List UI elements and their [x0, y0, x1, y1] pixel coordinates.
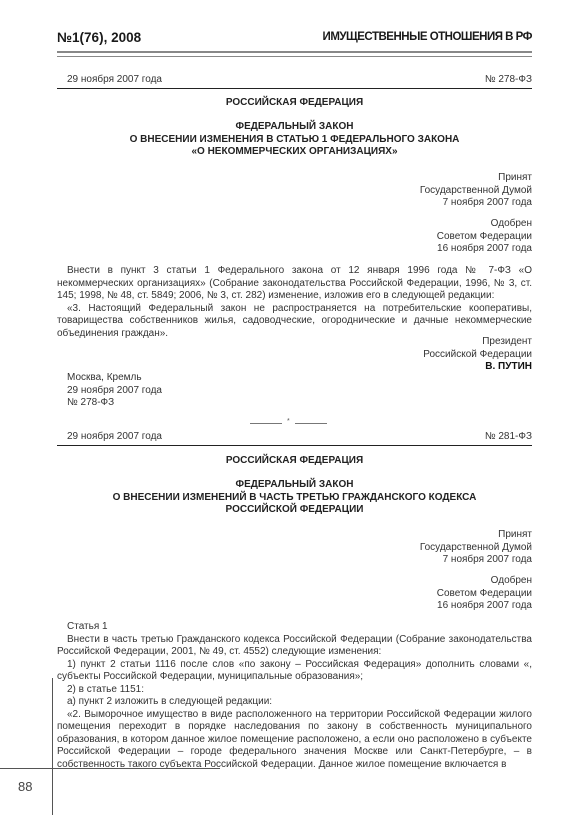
law1-body: Внести в пункт 3 статьи 1 Федерального з… — [57, 265, 532, 340]
approved-line: Одобрен — [437, 575, 532, 588]
paragraph: а) пункт 2 изложить в следующей редакции… — [57, 696, 532, 709]
law1-number: № 278-ФЗ — [485, 74, 532, 85]
place-line: № 278-ФЗ — [67, 397, 162, 410]
law1-place-block: Москва, Кремль 29 ноября 2007 года № 278… — [67, 372, 162, 410]
law2-body: Статья 1 Внести в часть третью Гражданск… — [57, 621, 532, 771]
adopted-line: Принят — [420, 529, 532, 542]
adopted-line: 7 ноября 2007 года — [420, 197, 532, 210]
paragraph: Внести в часть третью Гражданского кодек… — [57, 634, 532, 659]
law2-country: РОССИЙСКАЯ ФЕДЕРАЦИЯ — [57, 455, 532, 468]
law2-title-line: ФЕДЕРАЛЬНЫЙ ЗАКОН — [57, 479, 532, 492]
place-line: Москва, Кремль — [67, 372, 162, 385]
separator-line — [250, 423, 282, 424]
separator-line — [295, 423, 327, 424]
law1-country: РОССИЙСКАЯ ФЕДЕРАЦИЯ — [57, 97, 532, 110]
footer-horizontal-rule — [0, 768, 220, 769]
section-separator: * — [250, 421, 330, 427]
law1-title-line: «О НЕКОММЕРЧЕСКИХ ОРГАНИЗАЦИЯХ» — [57, 146, 532, 159]
adopted-line: Принят — [420, 172, 532, 185]
law2-date-row: 29 ноября 2007 года № 281-ФЗ — [57, 431, 532, 446]
law1-date: 29 ноября 2007 года — [67, 74, 162, 85]
issue-number: №1(76), 2008 — [57, 30, 141, 45]
article-heading: Статья 1 — [57, 621, 532, 634]
law2-title: ФЕДЕРАЛЬНЫЙ ЗАКОН О ВНЕСЕНИИ ИЗМЕНЕНИЙ В… — [57, 479, 532, 517]
running-header: №1(76), 2008 ИМУЩЕСТВЕННЫЕ ОТНОШЕНИЯ В Р… — [57, 30, 532, 50]
journal-title: ИМУЩЕСТВЕННЫЕ ОТНОШЕНИЯ В РФ — [323, 31, 532, 43]
law1-adopted: Принят Государственной Думой 7 ноября 20… — [420, 172, 532, 210]
signature-position: Президент — [423, 336, 532, 349]
approved-line: Советом Федерации — [437, 588, 532, 601]
page-number: 88 — [18, 779, 32, 794]
law1-approved: Одобрен Советом Федерации 16 ноября 2007… — [437, 218, 532, 256]
law2-date: 29 ноября 2007 года — [67, 431, 162, 442]
approved-line: 16 ноября 2007 года — [437, 600, 532, 613]
law2-title-line: О ВНЕСЕНИИ ИЗМЕНЕНИЙ В ЧАСТЬ ТРЕТЬЮ ГРАЖ… — [57, 492, 532, 505]
paragraph: Внести в пункт 3 статьи 1 Федерального з… — [57, 265, 532, 303]
law1-title: ФЕДЕРАЛЬНЫЙ ЗАКОН О ВНЕСЕНИИ ИЗМЕНЕНИЯ В… — [57, 121, 532, 159]
signature-position: Российской Федерации — [423, 349, 532, 362]
separator-star-icon: * — [287, 418, 290, 425]
place-line: 29 ноября 2007 года — [67, 385, 162, 398]
law2-number: № 281-ФЗ — [485, 431, 532, 442]
margin-vertical-rule — [52, 678, 53, 815]
law1-date-row: 29 ноября 2007 года № 278-ФЗ — [57, 74, 532, 89]
law2-title-line: РОССИЙСКОЙ ФЕДЕРАЦИИ — [57, 504, 532, 517]
approved-line: 16 ноября 2007 года — [437, 243, 532, 256]
paragraph: «2. Выморочное имущество в виде располож… — [57, 709, 532, 772]
paragraph: «3. Настоящий Федеральный закон не распр… — [57, 303, 532, 341]
law1-title-line: ФЕДЕРАЛЬНЫЙ ЗАКОН — [57, 121, 532, 134]
paragraph: 2) в статье 1151: — [57, 684, 532, 697]
law1-signature: Президент Российской Федерации В. ПУТИН — [423, 336, 532, 374]
adopted-line: Государственной Думой — [420, 542, 532, 555]
header-double-rule — [57, 51, 532, 57]
paragraph: 1) пункт 2 статьи 1116 после слов «по за… — [57, 659, 532, 684]
law1-title-line: О ВНЕСЕНИИ ИЗМЕНЕНИЯ В СТАТЬЮ 1 ФЕДЕРАЛЬ… — [57, 134, 532, 147]
approved-line: Одобрен — [437, 218, 532, 231]
adopted-line: 7 ноября 2007 года — [420, 554, 532, 567]
signature-name: В. ПУТИН — [423, 361, 532, 374]
approved-line: Советом Федерации — [437, 231, 532, 244]
law2-adopted: Принят Государственной Думой 7 ноября 20… — [420, 529, 532, 567]
adopted-line: Государственной Думой — [420, 185, 532, 198]
law2-approved: Одобрен Советом Федерации 16 ноября 2007… — [437, 575, 532, 613]
